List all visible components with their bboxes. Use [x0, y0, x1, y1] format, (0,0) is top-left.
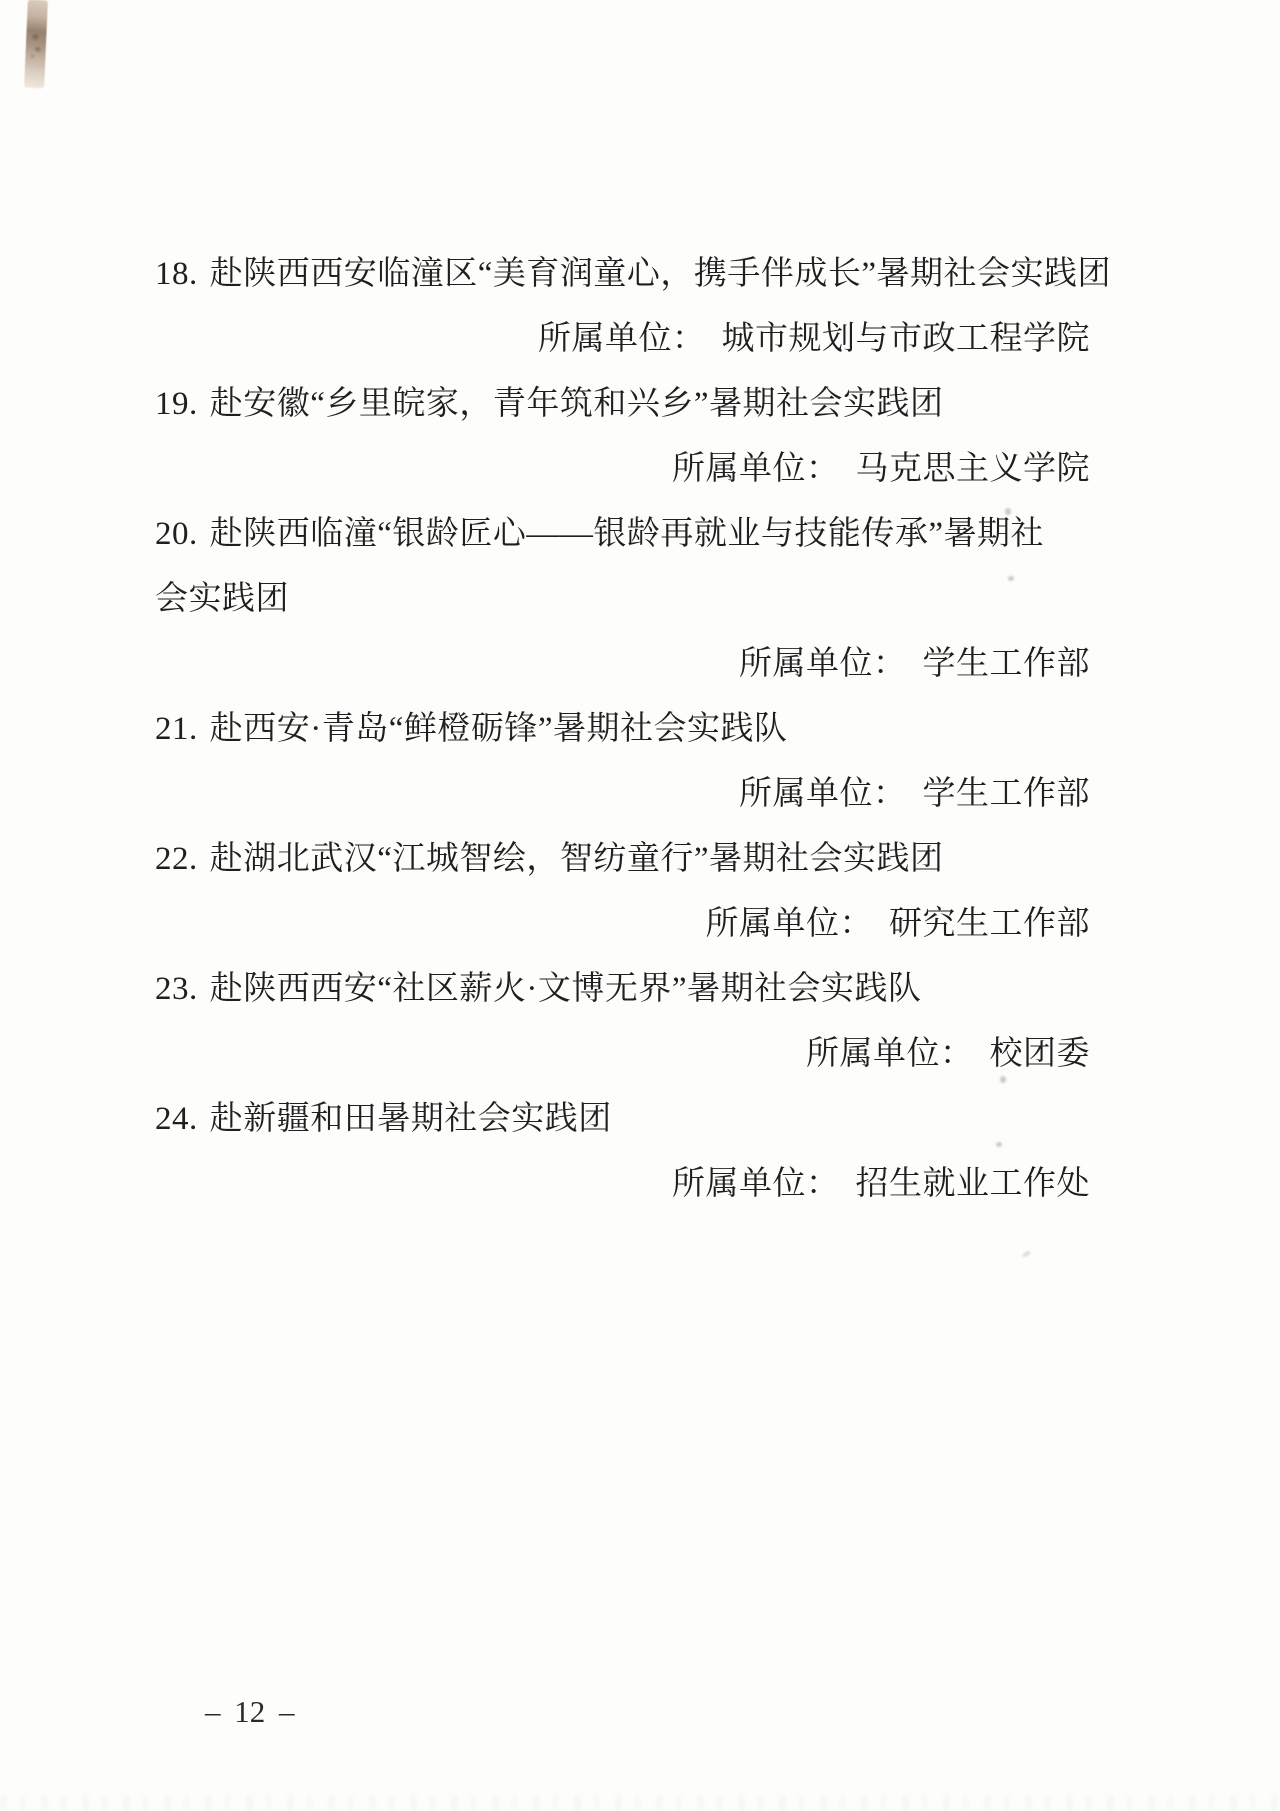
practice-team-title-line: 21.赴西安·青岛“鲜橙砺锋”暑期社会实践队 [155, 697, 1090, 762]
unit-label: 所属单位： [672, 1166, 840, 1202]
item-unit-line: 所属单位：马克思主义学院 [155, 437, 1090, 502]
unit-label: 所属单位： [672, 451, 840, 487]
item-number: 20. [155, 516, 198, 552]
practice-team-title-line: 会实践团 [155, 567, 1090, 632]
unit-name: 学生工作部 [923, 646, 1091, 682]
scan-speck [1022, 1250, 1032, 1258]
item-unit-line: 所属单位：学生工作部 [155, 762, 1090, 827]
item-title-text: 赴新疆和田暑期社会实践团 [210, 1101, 612, 1137]
unit-label: 所属单位： [806, 1036, 974, 1072]
practice-team-title-line: 22.赴湖北武汉“江城智绘，智纺童行”暑期社会实践团 [155, 827, 1090, 892]
practice-team-title-line: 18.赴陕西西安临潼区“美育润童心，携手伴成长”暑期社会实践团 [155, 242, 1090, 307]
page-number: – 12 – [205, 1692, 295, 1732]
unit-name: 校团委 [990, 1036, 1091, 1072]
item-title-text: 赴西安·青岛“鲜橙砺锋”暑期社会实践队 [210, 711, 788, 747]
item-unit-line: 所属单位：校团委 [155, 1022, 1090, 1087]
item-title-text: 赴陕西临潼“银龄匠心——银龄再就业与技能传承”暑期社 [210, 516, 1044, 552]
unit-label: 所属单位： [739, 776, 907, 812]
unit-name: 马克思主义学院 [856, 451, 1091, 487]
practice-team-item: 22.赴湖北武汉“江城智绘，智纺童行”暑期社会实践团所属单位：研究生工作部 [155, 827, 1090, 957]
scan-smudge-artifact [24, 0, 48, 88]
unit-name: 学生工作部 [923, 776, 1091, 812]
item-number: 24. [155, 1101, 198, 1137]
item-number: 19. [155, 386, 198, 422]
item-title-text: 会实践团 [155, 581, 289, 617]
item-unit-line: 所属单位：招生就业工作处 [155, 1152, 1090, 1217]
unit-label: 所属单位： [706, 906, 874, 942]
practice-team-item: 24.赴新疆和田暑期社会实践团所属单位：招生就业工作处 [155, 1087, 1090, 1217]
practice-team-title-line: 19.赴安徽“乡里皖家，青年筑和兴乡”暑期社会实践团 [155, 372, 1090, 437]
unit-name: 招生就业工作处 [856, 1166, 1091, 1202]
item-unit-line: 所属单位：学生工作部 [155, 632, 1090, 697]
item-title-text: 赴安徽“乡里皖家，青年筑和兴乡”暑期社会实践团 [210, 386, 944, 422]
item-number: 21. [155, 711, 198, 747]
unit-name: 城市规划与市政工程学院 [722, 321, 1091, 357]
practice-team-item: 18.赴陕西西安临潼区“美育润童心，携手伴成长”暑期社会实践团所属单位：城市规划… [155, 242, 1090, 372]
unit-label: 所属单位： [538, 321, 706, 357]
item-unit-line: 所属单位：研究生工作部 [155, 892, 1090, 957]
practice-team-list: 18.赴陕西西安临潼区“美育润童心，携手伴成长”暑期社会实践团所属单位：城市规划… [155, 242, 1090, 1217]
practice-team-title-line: 24.赴新疆和田暑期社会实践团 [155, 1087, 1090, 1152]
scan-noise-strip [0, 1795, 1280, 1811]
practice-team-title-line: 23.赴陕西西安“社区薪火·文博无界”暑期社会实践队 [155, 957, 1090, 1022]
practice-team-item: 21.赴西安·青岛“鲜橙砺锋”暑期社会实践队所属单位：学生工作部 [155, 697, 1090, 827]
item-title-text: 赴陕西西安“社区薪火·文博无界”暑期社会实践队 [210, 971, 922, 1007]
practice-team-item: 19.赴安徽“乡里皖家，青年筑和兴乡”暑期社会实践团所属单位：马克思主义学院 [155, 372, 1090, 502]
item-number: 18. [155, 256, 198, 292]
unit-label: 所属单位： [739, 646, 907, 682]
item-number: 23. [155, 971, 198, 1007]
scanned-document-page: { "page": { "number_label": "– 12 –" }, … [0, 0, 1280, 1811]
item-title-text: 赴陕西西安临潼区“美育润童心，携手伴成长”暑期社会实践团 [210, 256, 1111, 292]
item-title-text: 赴湖北武汉“江城智绘，智纺童行”暑期社会实践团 [210, 841, 944, 877]
unit-name: 研究生工作部 [889, 906, 1090, 942]
item-number: 22. [155, 841, 198, 877]
practice-team-item: 20.赴陕西临潼“银龄匠心——银龄再就业与技能传承”暑期社会实践团所属单位：学生… [155, 502, 1090, 697]
practice-team-title-line: 20.赴陕西临潼“银龄匠心——银龄再就业与技能传承”暑期社 [155, 502, 1090, 567]
item-unit-line: 所属单位：城市规划与市政工程学院 [155, 307, 1090, 372]
practice-team-item: 23.赴陕西西安“社区薪火·文博无界”暑期社会实践队所属单位：校团委 [155, 957, 1090, 1087]
